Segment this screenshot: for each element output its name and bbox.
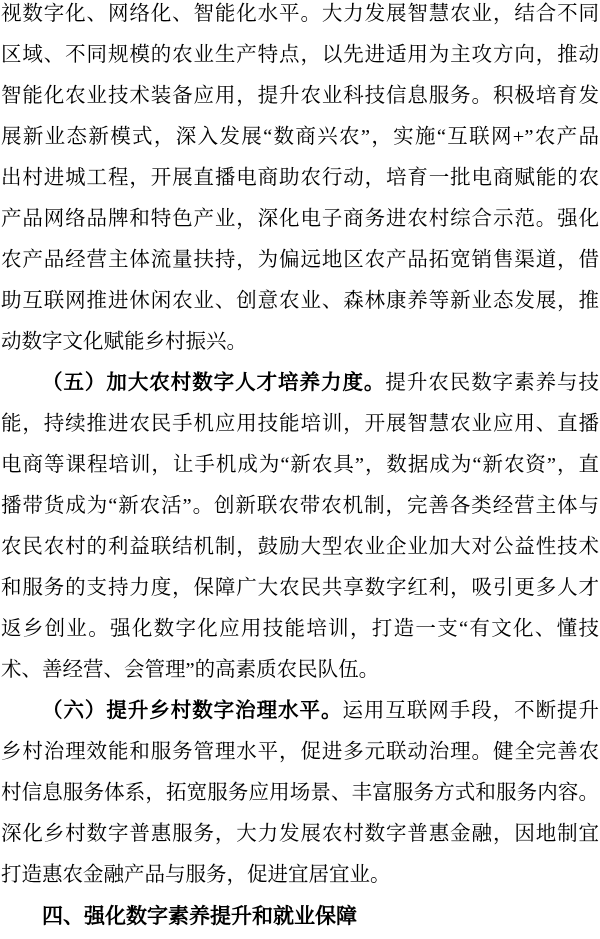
- text-line: 助互联网推进休闲农业、创意农业、森林康养等新业态发展，推: [1, 281, 599, 322]
- document-body: 视数字化、网络化、智能化水平。大力发展智慧农业，结合不同区域、不同规模的农业生产…: [0, 0, 600, 937]
- line-text: 智能化农业技术装备应用，提升农业科技信息服务。积极培育发: [1, 85, 599, 107]
- line-text: 出村进城工程，开展直播电商助农行动，培育一批电商赋能的农: [1, 167, 599, 189]
- line-text: 村信息服务体系，拓宽服务应用场景、丰富服务方式和服务内容。: [1, 782, 599, 804]
- text-line: （六）提升乡村数字治理水平。运用互联网手段，不断提升: [1, 691, 599, 732]
- clause-lead: （五）加大农村数字人才培养力度。: [42, 372, 385, 394]
- line-text: 打造惠农金融产品与服务，促进宜居宜业。: [1, 864, 391, 886]
- line-text: 术、善经营、会管理”的高素质农民队伍。: [1, 659, 379, 681]
- line-text: 提升农民数字素养与技: [385, 372, 599, 394]
- text-line: 产品网络品牌和特色产业，深化电子商务进农村综合示范。强化: [1, 199, 599, 240]
- text-line: 农产品经营主体流量扶持，为偏远地区农产品拓宽销售渠道，借: [1, 240, 599, 281]
- line-text: 和服务的支持力度，保障广大农民共享数字红利，吸引更多人才: [1, 577, 599, 599]
- text-line: 区域、不同规模的农业生产特点，以先进适用为主攻方向，推动: [1, 35, 599, 76]
- text-line: 打造惠农金融产品与服务，促进宜居宜业。: [1, 855, 599, 896]
- line-text: 农民农村的利益联结机制，鼓励大型农业企业加大对公益性技术: [1, 536, 599, 558]
- clause-lead: （六）提升乡村数字治理水平。: [42, 700, 342, 722]
- line-text: 电商等课程培训，让手机成为“新农具”，数据成为“新农资”，直: [1, 454, 599, 476]
- line-text: 视数字化、网络化、智能化水平。大力发展智慧农业，结合不同: [1, 3, 599, 25]
- line-text: 播带货成为“新农活”。创新联农带农机制，完善各类经营主体与: [1, 495, 599, 517]
- line-text: 深化乡村数字普惠服务，大力发展农村数字普惠金融，因地制宜: [1, 823, 599, 845]
- text-line: （五）加大农村数字人才培养力度。提升农民数字素养与技: [1, 363, 599, 404]
- line-text: 区域、不同规模的农业生产特点，以先进适用为主攻方向，推动: [1, 44, 599, 66]
- text-line: 展新业态新模式，深入发展“数商兴农”，实施“互联网+”农产品: [1, 117, 599, 158]
- text-line: 和服务的支持力度，保障广大农民共享数字红利，吸引更多人才: [1, 568, 599, 609]
- text-line: 村信息服务体系，拓宽服务应用场景、丰富服务方式和服务内容。: [1, 773, 599, 814]
- line-text: 产品网络品牌和特色产业，深化电子商务进农村综合示范。强化: [1, 208, 599, 230]
- text-line: 动数字文化赋能乡村振兴。: [1, 322, 599, 363]
- text-line: 术、善经营、会管理”的高素质农民队伍。: [1, 650, 599, 691]
- section-heading: 四、强化数字素养提升和就业保障: [1, 896, 599, 937]
- text-line: 电商等课程培训，让手机成为“新农具”，数据成为“新农资”，直: [1, 445, 599, 486]
- text-line: 播带货成为“新农活”。创新联农带农机制，完善各类经营主体与: [1, 486, 599, 527]
- text-line: 乡村治理效能和服务管理水平，促进多元联动治理。健全完善农: [1, 732, 599, 773]
- section-heading-text: 四、强化数字素养提升和就业保障: [42, 905, 357, 928]
- text-line: 能，持续推进农民手机应用技能培训，开展智慧农业应用、直播: [1, 404, 599, 445]
- line-text: 展新业态新模式，深入发展“数商兴农”，实施“互联网+”农产品: [1, 126, 599, 148]
- text-line: 出村进城工程，开展直播电商助农行动，培育一批电商赋能的农: [1, 158, 599, 199]
- line-text: 返乡创业。强化数字化应用技能培训，打造一支“有文化、懂技: [1, 618, 599, 640]
- document-page: 视数字化、网络化、智能化水平。大力发展智慧农业，结合不同区域、不同规模的农业生产…: [0, 0, 600, 939]
- line-text: 农产品经营主体流量扶持，为偏远地区农产品拓宽销售渠道，借: [1, 249, 599, 271]
- line-text: 运用互联网手段，不断提升: [342, 700, 599, 722]
- text-line: 深化乡村数字普惠服务，大力发展农村数字普惠金融，因地制宜: [1, 814, 599, 855]
- line-text: 乡村治理效能和服务管理水平，促进多元联动治理。健全完善农: [1, 741, 599, 763]
- text-line: 农民农村的利益联结机制，鼓励大型农业企业加大对公益性技术: [1, 527, 599, 568]
- line-text: 动数字文化赋能乡村振兴。: [1, 331, 247, 353]
- text-line: 智能化农业技术装备应用，提升农业科技信息服务。积极培育发: [1, 76, 599, 117]
- line-text: 助互联网推进休闲农业、创意农业、森林康养等新业态发展，推: [1, 290, 599, 312]
- text-line: 视数字化、网络化、智能化水平。大力发展智慧农业，结合不同: [1, 0, 599, 35]
- line-text: 能，持续推进农民手机应用技能培训，开展智慧农业应用、直播: [1, 413, 599, 435]
- text-line: 返乡创业。强化数字化应用技能培训，打造一支“有文化、懂技: [1, 609, 599, 650]
